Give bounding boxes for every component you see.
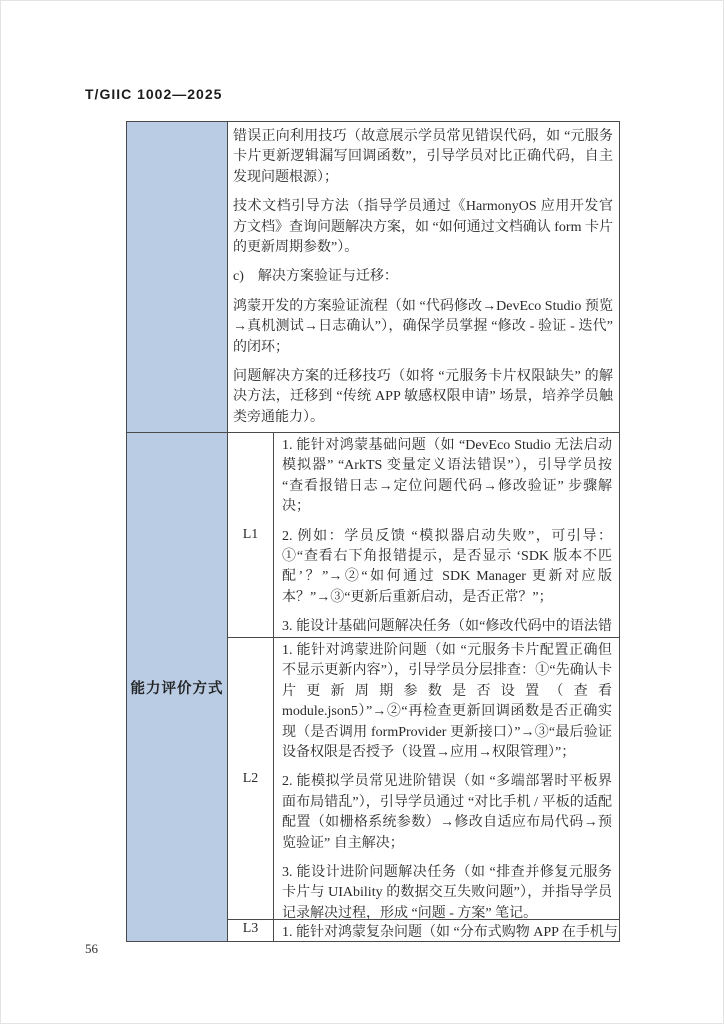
paragraph: 1. 能针对鸿蒙复杂问题（如 “分布式购物 APP 在手机与 xyxy=(282,923,612,941)
paragraph: 错误正向利用技巧（故意展示学员常见错误代码，如 “元服务卡片更新逻辑漏写回调函数… xyxy=(233,127,613,188)
category-label: 能力评价方式 xyxy=(131,677,224,698)
capability-evaluation-table: 错误正向利用技巧（故意展示学员常见错误代码，如 “元服务卡片更新逻辑漏写回调函数… xyxy=(126,121,620,942)
paragraph: 鸿蒙开发的方案验证流程（如 “代码修改→DevEco Studio 预览→真机测… xyxy=(233,297,613,358)
paragraph: 1. 能针对鸿蒙进阶问题（如 “元服务卡片配置正确但不显示更新内容”），引导学员… xyxy=(282,641,612,763)
paragraph: c) 解决方案验证与迁移： xyxy=(233,267,613,287)
category-column-continuation-cell xyxy=(127,122,227,432)
document-page: T/GIIC 1002—2025 错误正向利用技巧（故意展示学员常见错误代码，如… xyxy=(0,0,724,1024)
document-number-header: T/GIIC 1002—2025 xyxy=(85,86,222,102)
paragraph: 问题解决方案的迁移技巧（如将 “元服务卡片权限缺失” 的解决方法，迁移到 “传统… xyxy=(233,367,613,428)
level-l3-label-cell: L3 xyxy=(228,920,273,941)
level-l2-content-cell: 1. 能针对鸿蒙进阶问题（如 “元服务卡片配置正确但不显示更新内容”），引导学员… xyxy=(274,638,619,919)
category-header-cell: 能力评价方式 xyxy=(127,433,227,941)
level-label: L2 xyxy=(243,771,259,787)
level-l3-content-cell: 1. 能针对鸿蒙复杂问题（如 “分布式购物 APP 在手机与 xyxy=(274,920,619,941)
level-label: L1 xyxy=(243,527,259,543)
page-number: 56 xyxy=(85,941,98,957)
paragraph: 技术文档引导方法（指导学员通过《HarmonyOS 应用开发官方文档》查询问题解… xyxy=(233,197,613,258)
paragraph: 1. 能针对鸿蒙基础问题（如 “DevEco Studio 无法启动模拟器” “… xyxy=(282,436,612,518)
paragraph: 3. 能设计基础问题解决任务（如“修改代码中的语法错误，让 ArkTS 程序正常… xyxy=(282,617,612,637)
level-l1-content-cell: 1. 能针对鸿蒙基础问题（如 “DevEco Studio 无法启动模拟器” “… xyxy=(274,433,619,637)
paragraph: 2. 例如：学员反馈 “模拟器启动失败”，可引导：①“查看右下角报错提示，是否显… xyxy=(282,527,612,609)
level-l2-label-cell: L2 xyxy=(228,638,273,919)
level-label: L3 xyxy=(243,921,259,937)
guidance-methods-cell: 错误正向利用技巧（故意展示学员常见错误代码，如 “元服务卡片更新逻辑漏写回调函数… xyxy=(228,122,619,432)
paragraph: 3. 能设计进阶问题解决任务（如 “排查并修复元服务卡片与 UIAbility … xyxy=(282,863,612,919)
paragraph: 2. 能模拟学员常见进阶错误（如 “多端部署时平板界面布局错乱”），引导学员通过… xyxy=(282,772,612,854)
level-l1-label-cell: L1 xyxy=(228,433,273,637)
